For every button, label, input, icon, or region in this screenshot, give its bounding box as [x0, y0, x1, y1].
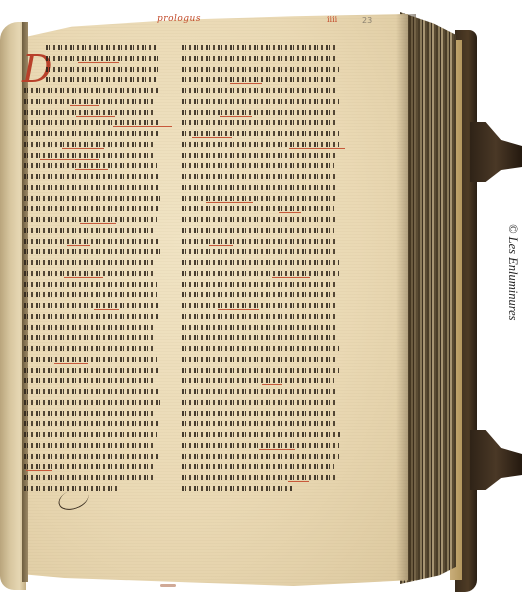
script-line — [46, 42, 157, 52]
edge-stain — [160, 584, 176, 587]
script-line — [24, 397, 160, 407]
running-header: prologus — [157, 14, 201, 24]
script-line — [24, 440, 156, 450]
script-line — [182, 96, 339, 106]
script-line — [24, 343, 156, 353]
text-column-right — [182, 42, 340, 494]
script-line — [182, 257, 339, 267]
script-line — [24, 203, 159, 213]
script-line — [24, 236, 159, 246]
script-line — [182, 408, 335, 418]
script-line — [182, 289, 336, 299]
script-line — [24, 408, 156, 418]
script-line — [182, 64, 339, 74]
script-line — [182, 322, 335, 332]
script-line — [24, 429, 157, 439]
script-line — [182, 53, 335, 63]
script-line — [182, 451, 339, 461]
copyright-watermark: © Les Enluminures — [505, 224, 520, 321]
script-line — [24, 128, 159, 138]
script-line — [182, 311, 335, 321]
script-line — [182, 332, 336, 342]
script-line — [182, 354, 337, 364]
script-line — [182, 42, 336, 52]
folio-number: iiii — [327, 15, 337, 24]
script-line — [24, 193, 160, 203]
script-line — [182, 483, 293, 493]
script-line — [182, 117, 336, 127]
script-line — [182, 225, 334, 235]
script-line — [24, 289, 157, 299]
script-line — [182, 160, 334, 170]
script-line — [24, 225, 155, 235]
script-line — [24, 171, 159, 181]
script-line — [24, 354, 157, 364]
script-line — [46, 74, 156, 84]
script-line — [24, 472, 156, 482]
script-line — [182, 386, 335, 396]
script-line — [182, 343, 339, 353]
script-line — [182, 246, 336, 256]
script-line — [24, 322, 155, 332]
script-line — [182, 182, 337, 192]
script-line — [182, 375, 334, 385]
script-line — [24, 257, 156, 267]
script-line — [24, 182, 158, 192]
script-line — [182, 300, 338, 310]
text-column-left — [24, 42, 160, 494]
page-shadow — [396, 14, 416, 580]
script-line — [182, 214, 338, 224]
script-line — [182, 171, 337, 181]
top-clasp — [470, 122, 522, 182]
script-line — [182, 150, 338, 160]
script-line — [182, 268, 339, 278]
script-line — [24, 85, 158, 95]
script-line — [24, 279, 157, 289]
script-line — [24, 332, 154, 342]
script-line — [24, 300, 158, 310]
script-line — [24, 418, 159, 428]
script-line — [24, 386, 158, 396]
script-line — [182, 429, 340, 439]
script-line — [24, 375, 156, 385]
script-line — [24, 365, 159, 375]
script-line — [182, 397, 337, 407]
script-line — [182, 279, 337, 289]
bottom-clasp — [470, 430, 522, 490]
script-line — [24, 451, 159, 461]
script-line — [182, 365, 339, 375]
script-line — [182, 461, 334, 471]
script-line — [182, 472, 338, 482]
script-line — [182, 85, 335, 95]
script-line — [182, 418, 338, 428]
script-line — [24, 311, 158, 321]
script-line — [46, 64, 160, 74]
manuscript-photo: prologus iiii 23 D © Les Enluminures — [0, 0, 529, 600]
script-line — [182, 203, 334, 213]
script-line — [182, 107, 336, 117]
script-line — [24, 246, 160, 256]
script-line — [182, 236, 336, 246]
pencil-foliation: 23 — [362, 16, 372, 25]
